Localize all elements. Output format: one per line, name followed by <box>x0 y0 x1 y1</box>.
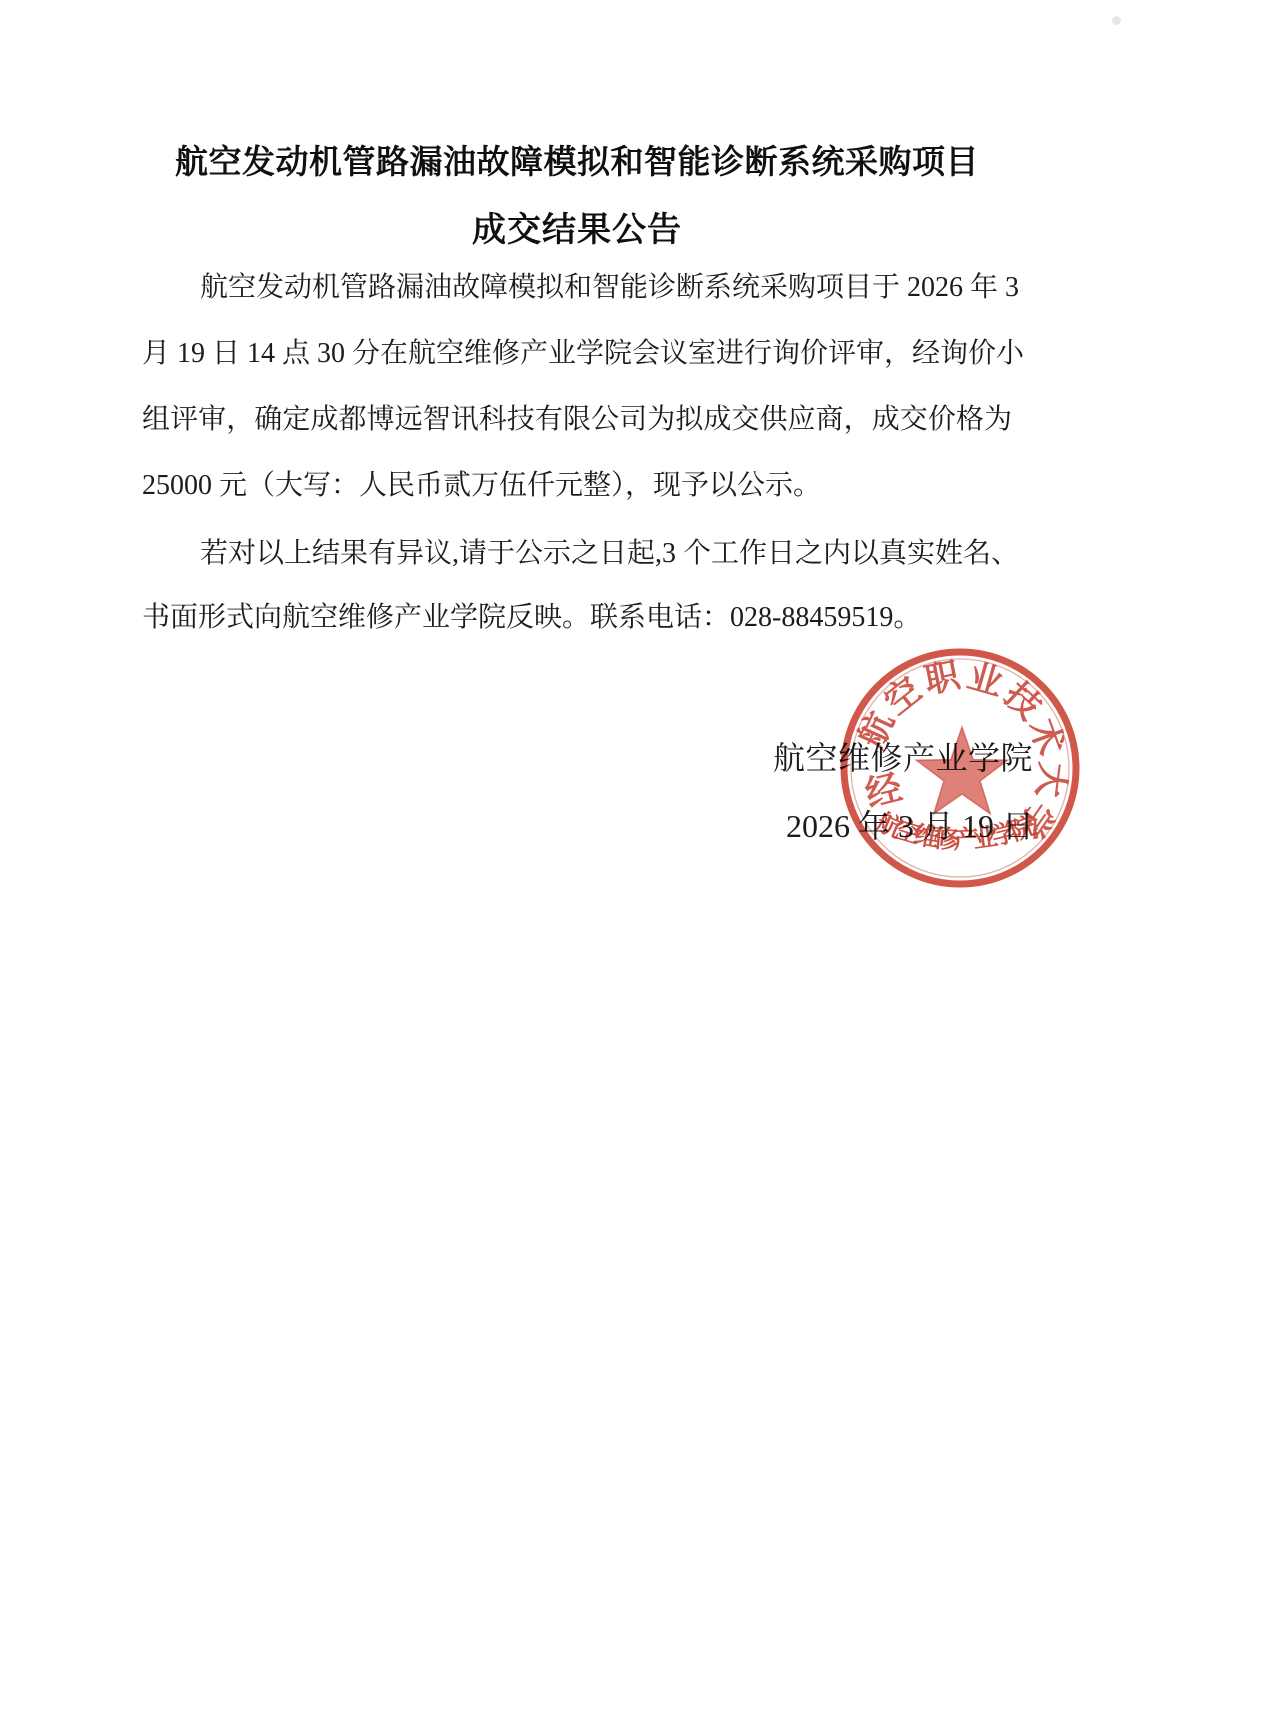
body-line: 书面形式向航空维修产业学院反映。联系电话：028-88459519。 <box>142 598 1012 638</box>
body-line: 若对以上结果有异议,请于公示之日起,3 个工作日之内以真实姓名、 <box>142 534 1012 574</box>
seal-star-icon <box>916 727 1007 814</box>
scan-artifact-dot <box>1112 16 1121 25</box>
document-title-line2: 成交结果公告 <box>142 202 1012 251</box>
official-seal-stamp: 航空职业技术大学 航空维修产业学院 经 <box>835 643 1085 893</box>
body-line: 航空发动机管路漏油故障模拟和智能诊断系统采购项目于 2026 年 3 <box>142 268 1012 308</box>
body-line: 组评审，确定成都博远智讯科技有限公司为拟成交供应商，成交价格为 <box>142 400 1012 440</box>
seal-side-character: 经 <box>861 767 906 815</box>
body-line: 月 19 日 14 点 30 分在航空维修产业学院会议室进行询价评审，经询价小 <box>142 334 1012 374</box>
body-line: 25000 元（大写：人民币贰万伍仟元整），现予以公示。 <box>142 466 1012 506</box>
document-page: 航空发动机管路漏油故障模拟和智能诊断系统采购项目 成交结果公告 航空发动机管路漏… <box>0 0 1278 1736</box>
document-title-line1: 航空发动机管路漏油故障模拟和智能诊断系统采购项目 <box>142 136 1012 183</box>
